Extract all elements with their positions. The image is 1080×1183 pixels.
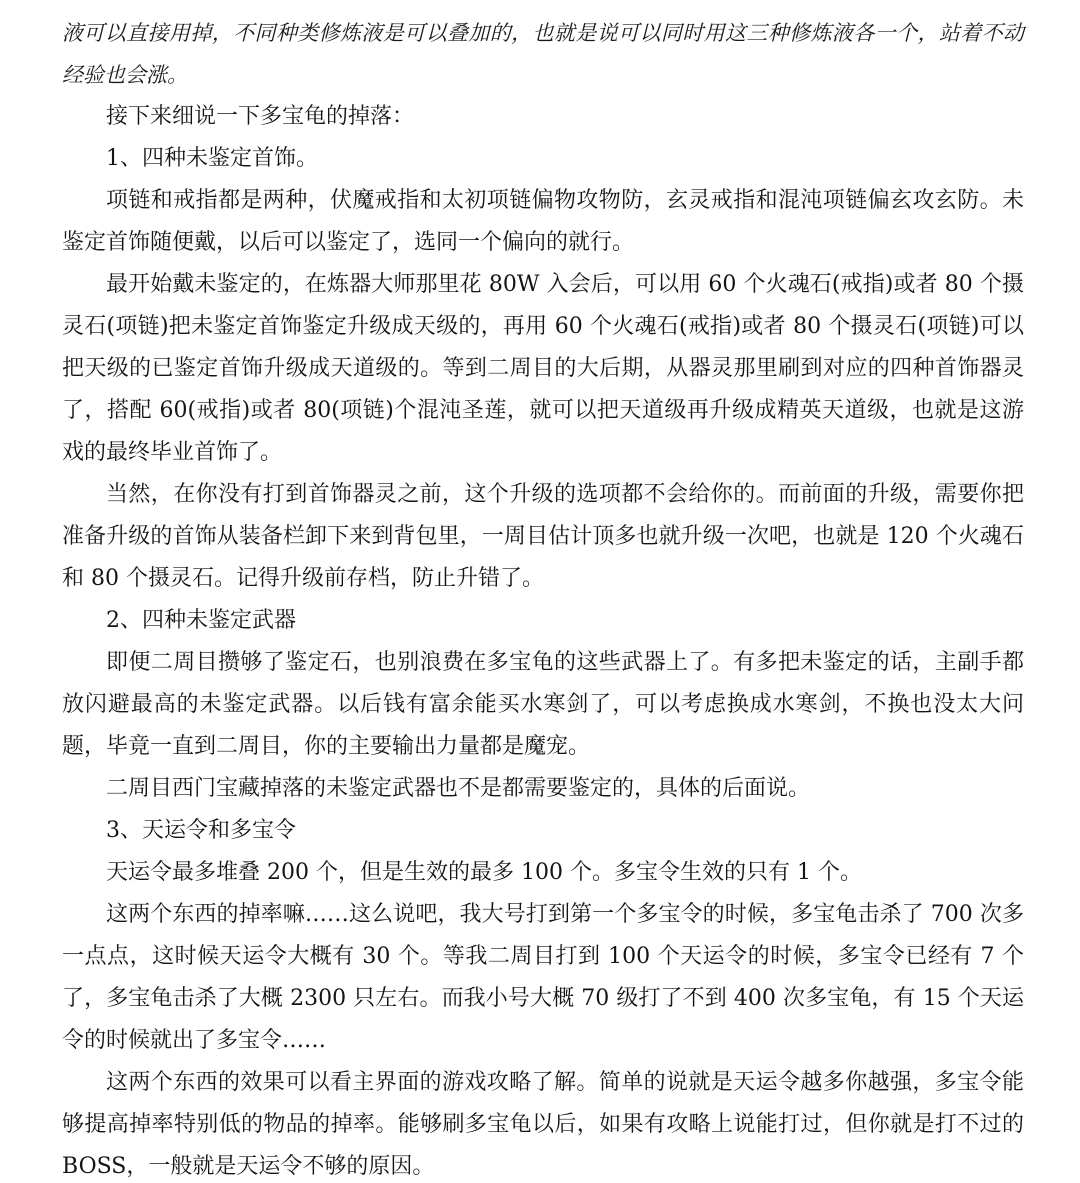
section-heading-1: 1、四种未鉴定首饰。: [62, 138, 1024, 180]
section-heading-2: 2、四种未鉴定武器: [62, 600, 1024, 642]
paragraph: 这两个东西的效果可以看主界面的游戏攻略了解。简单的说就是天运令越多你越强，多宝令…: [62, 1062, 1024, 1183]
paragraph: 天运令最多堆叠 200 个，但是生效的最多 100 个。多宝令生效的只有 1 个…: [62, 852, 1024, 894]
paragraph: 最开始戴未鉴定的，在炼器大师那里花 80W 入会后，可以用 60 个火魂石(戒指…: [62, 264, 1024, 474]
paragraph-intro: 接下来细说一下多宝龟的掉落：: [62, 96, 1024, 138]
paragraph: 当然，在你没有打到首饰器灵之前，这个升级的选项都不会给你的。而前面的升级，需要你…: [62, 474, 1024, 600]
paragraph: 即便二周目攒够了鉴定石，也别浪费在多宝龟的这些武器上了。有多把未鉴定的话，主副手…: [62, 642, 1024, 768]
paragraph: 二周目西门宝藏掉落的未鉴定武器也不是都需要鉴定的，具体的后面说。: [62, 768, 1024, 810]
document-page: 液可以直接用掉，不同种类修炼液是可以叠加的，也就是说可以同时用这三种修炼液各一个…: [0, 0, 1080, 1183]
paragraph: 项链和戒指都是两种，伏魔戒指和太初项链偏物攻物防，玄灵戒指和混沌项链偏玄攻玄防。…: [62, 180, 1024, 264]
section-heading-3: 3、天运令和多宝令: [62, 810, 1024, 852]
paragraph: 这两个东西的掉率嘛……这么说吧，我大号打到第一个多宝令的时候，多宝龟击杀了 70…: [62, 894, 1024, 1062]
document-body: 液可以直接用掉，不同种类修炼液是可以叠加的，也就是说可以同时用这三种修炼液各一个…: [62, 12, 1024, 1183]
paragraph-continuation: 液可以直接用掉，不同种类修炼液是可以叠加的，也就是说可以同时用这三种修炼液各一个…: [62, 12, 1024, 96]
